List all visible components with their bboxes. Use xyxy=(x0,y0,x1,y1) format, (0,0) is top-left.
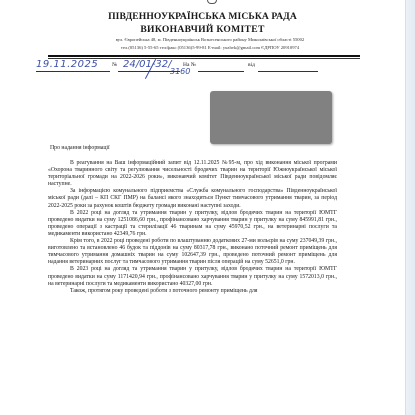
ref-date-label: від xyxy=(248,62,255,68)
redacted-recipient-block xyxy=(210,91,332,144)
paragraph-2022-expenses: В 2022 році на догляд та утримання твари… xyxy=(48,210,337,238)
page-edge xyxy=(405,0,406,415)
registration-number: 24/01-32/ xyxy=(123,59,172,70)
letterhead-title: ПІВДЕННОУКРАЇНСЬКА МІСЬКА РАДА xyxy=(0,11,405,22)
ref-number-label: На № xyxy=(183,62,196,68)
letter-subject: Про надання інформації xyxy=(50,145,110,151)
letterhead-contacts: тел.(05136) 5-55-65 тел/факс (05136)5-99… xyxy=(0,45,415,50)
paragraph-repairs: Також, протягом року проведені роботи з … xyxy=(48,288,337,295)
letter-body: В реагування на Ваш інформаційний запит … xyxy=(48,160,337,295)
letterhead-address: вул. Європейська 48, м. Південноукраїнсь… xyxy=(0,37,415,42)
number-underline xyxy=(118,71,180,72)
paragraph-2023-expenses: В 2023 році на догляд та утримання твари… xyxy=(48,266,337,287)
date-underline xyxy=(36,71,110,72)
paragraph-enterprise-info: За інформацією комунального підприємства… xyxy=(48,188,337,209)
number-label: № xyxy=(112,62,117,68)
ref-number-underline xyxy=(198,71,244,72)
registration-date: 19.11.2025 xyxy=(36,59,98,70)
paragraph-request: В реагування на Ваш інформаційний запит … xyxy=(48,160,337,188)
ref-date-underline xyxy=(258,71,318,72)
letterhead-rule xyxy=(48,55,360,57)
letterhead-subtitle: ВИКОНАВЧИЙ КОМІТЕТ xyxy=(0,24,405,35)
paragraph-2022-works: Крім того, в 2022 році проведені роботи … xyxy=(48,238,337,266)
